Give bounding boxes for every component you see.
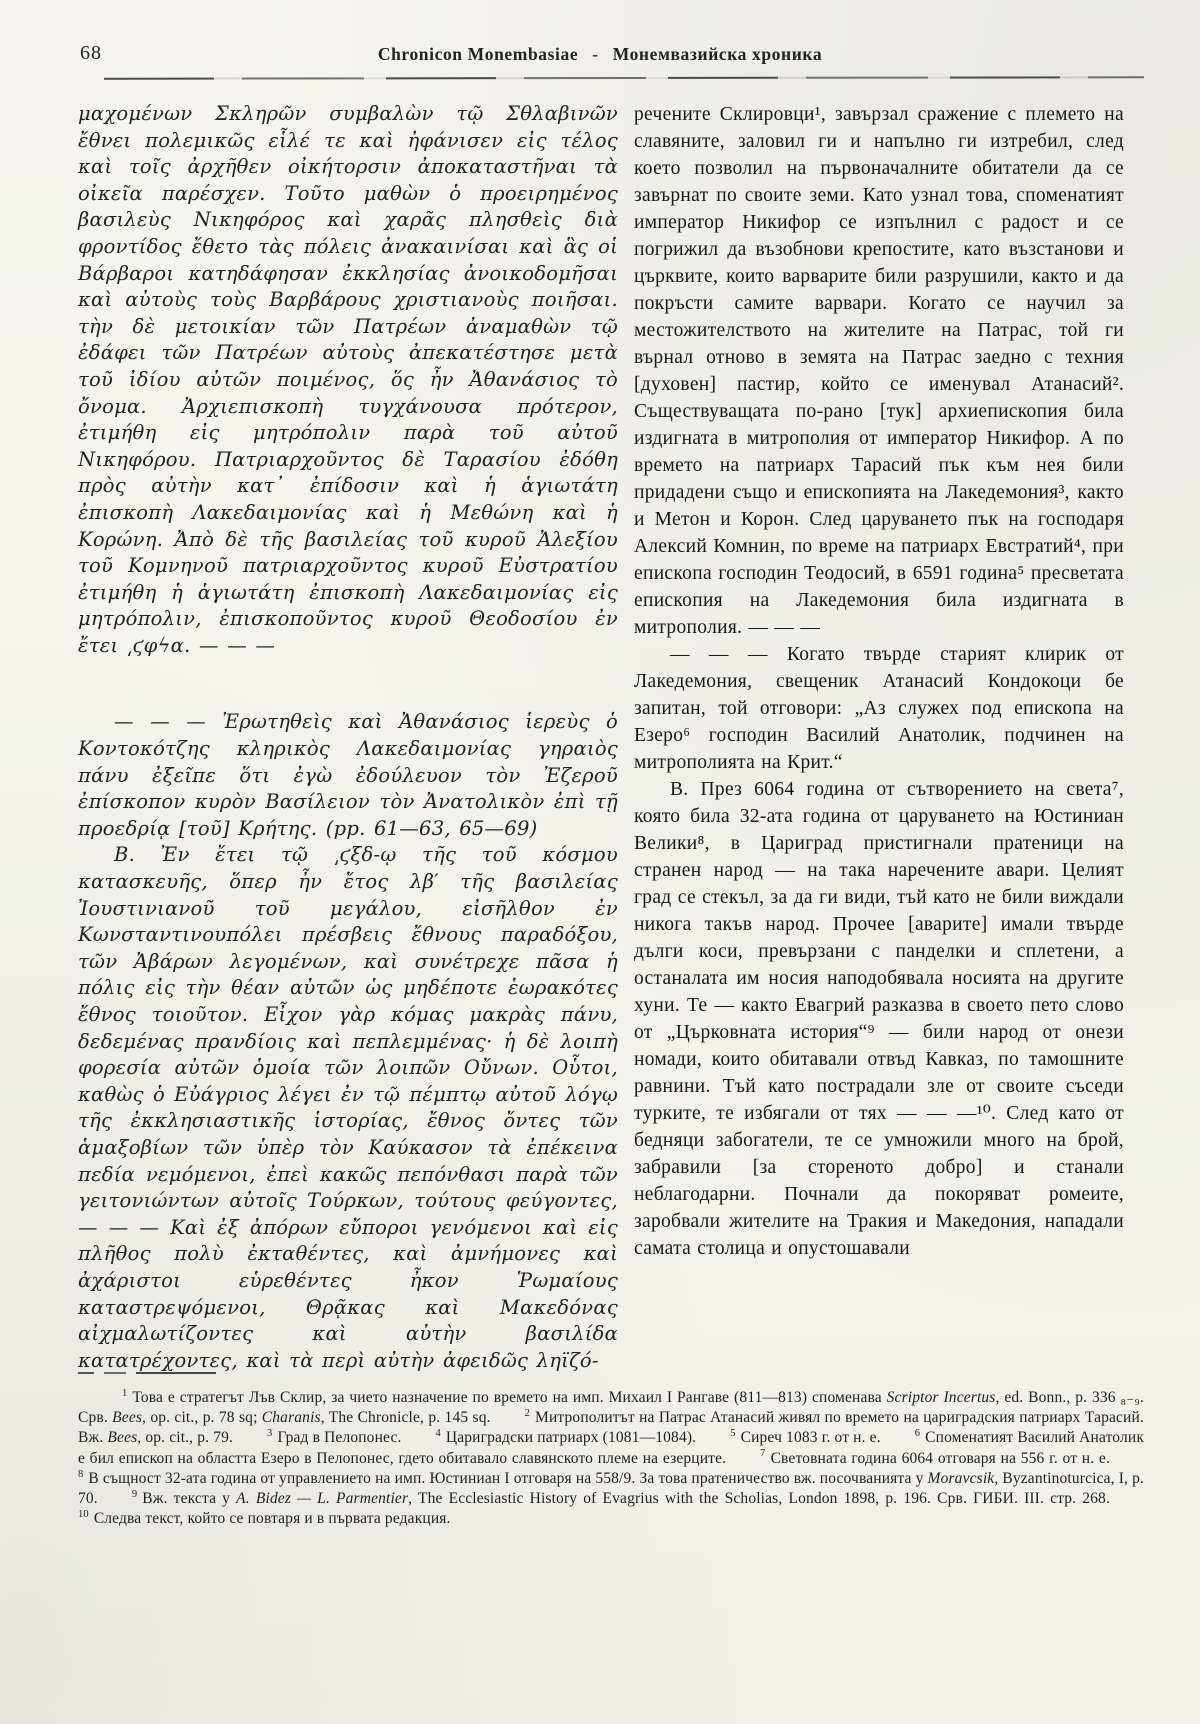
- book-page: 68 Chronicon Monembasiae-Монемвазийска х…: [0, 0, 1200, 1724]
- footnote-number-9: 9: [132, 1489, 137, 1500]
- footnote-7: 7Световната година 6064 отговаря на 556 …: [760, 1450, 1110, 1467]
- greek-text-column: μαχομένων Σκληρῶν συμβαλὼν τῷ Σθλαβινῶν …: [78, 101, 618, 1374]
- footnote-number-8: 8: [78, 1469, 83, 1480]
- running-title: Chronicon Monembasiae-Монемвазийска хрон…: [0, 44, 1200, 65]
- footnote-number-6: 6: [915, 1428, 920, 1439]
- footnote-number-2: 2: [525, 1408, 530, 1419]
- greek-paragraph-3: Β. Ἐν ἔτει τῷ ͵ϛξδ-ῳ τῆς τοῦ κόσμου κατα…: [78, 842, 618, 1374]
- footnote-9: 9Вж. текста у A. Bidez — L. Parmentier, …: [132, 1490, 1110, 1507]
- footnote-4: 4Цариградски патриарх (1081—1084).: [436, 1429, 697, 1446]
- greek-paragraph-2: — — — Ἐρωτηθεὶς καὶ Ἀθανάσιος ἱερεὺς ὁ Κ…: [78, 709, 618, 842]
- footnotes-block: 1Това е стратегът Лъв Склир, за чието на…: [78, 1388, 1144, 1529]
- running-title-latin: Chronicon Monembasiae: [378, 44, 578, 64]
- greek-paragraph-1: μαχομένων Σκληρῶν συμβαλὼν τῷ Σθλαβινῶν …: [78, 101, 618, 659]
- bulgarian-paragraph-3: В. През 6064 година от сътворението на с…: [634, 776, 1124, 1262]
- footnote-number-3: 3: [267, 1428, 272, 1439]
- header-rule: [104, 76, 1144, 79]
- footnote-number-7: 7: [760, 1448, 765, 1459]
- footnote-number-4: 4: [436, 1428, 441, 1439]
- running-title-separator: -: [578, 44, 612, 64]
- footnote-separator: [78, 1372, 216, 1374]
- footnote-number-10: 10: [78, 1509, 89, 1520]
- page-header: 68 Chronicon Monembasiae-Монемвазийска х…: [0, 40, 1200, 70]
- footnote-3: 3Град в Пелопонес.: [267, 1429, 401, 1446]
- footnote-5: 5Сиреч 1083 г. от н. е.: [730, 1429, 881, 1446]
- running-title-cyrillic: Монемвазийска хроника: [613, 44, 822, 64]
- footnote-10: 10Следва текст, който се повтаря и в пър…: [78, 1510, 451, 1527]
- bulgarian-paragraph-1: речените Склировци¹, завързал сражение с…: [634, 101, 1124, 641]
- footnote-number-1: 1: [122, 1388, 127, 1399]
- bulgarian-paragraph-2: — — — Когато твърде старият клирик от Ла…: [634, 641, 1124, 776]
- bulgarian-translation-column: речените Склировци¹, завързал сражение с…: [634, 101, 1124, 1374]
- text-columns: μαχομένων Σκληρῶν συμβαλὼν τῷ Σθλαβινῶν …: [78, 101, 1124, 1374]
- footnote-number-5: 5: [730, 1428, 735, 1439]
